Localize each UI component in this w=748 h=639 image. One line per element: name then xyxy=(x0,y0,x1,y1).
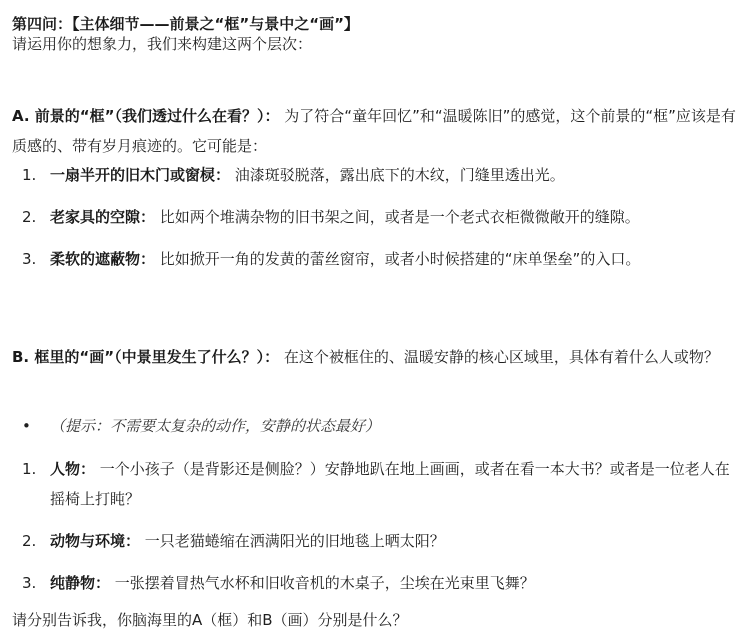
hint-text: （提示：不需要太复杂的动作，安静的状态最好） xyxy=(12,411,736,441)
section-b-paragraph: B. 框里的“画”（中景里发生了什么？）： 在这个被框住的、温暖安静的核心区域里… xyxy=(12,342,736,372)
section-a-paragraph: A. 前景的“框”（我们透过什么在看？）： 为了符合“童年回忆”和“温暖陈旧”的… xyxy=(12,101,736,161)
list-item-text: 比如掀开一角的发黄的蕾丝窗帘，或者小时候搭建的“床单堡垒”的入口。 xyxy=(155,250,640,268)
hint-bullet: • （提示：不需要太复杂的动作，安静的状态最好） xyxy=(12,411,736,441)
section-b-list: 1.人物： 一个小孩子（是背影还是侧脸？）安静地趴在地上画画，或者在看一本大书？… xyxy=(12,454,736,610)
list-item: 1.人物： 一个小孩子（是背影还是侧脸？）安静地趴在地上画画，或者在看一本大书？… xyxy=(12,454,736,514)
list-item-label: 老家具的空隙： xyxy=(50,208,155,226)
list-item-text: 一张摆着冒热气水杯和旧收音机的木桌子，尘埃在光束里飞舞？ xyxy=(110,574,535,592)
list-item-text: 比如两个堆满杂物的旧书架之间，或者是一个老式衣柜微微敞开的缝隙。 xyxy=(155,208,640,226)
list-item-text: 一只老猫蜷缩在洒满阳光的旧地毯上晒太阳？ xyxy=(140,532,445,550)
list-item: 2.老家具的空隙： 比如两个堆满杂物的旧书架之间，或者是一个老式衣柜微微敞开的缝… xyxy=(12,202,736,232)
list-number: 3. xyxy=(22,244,36,274)
final-question: 请分别告诉我，你脑海里的A（框）和B（画）分别是什么？ xyxy=(12,605,736,635)
list-item-text: 油漆斑驳脱落，露出底下的木纹，门缝里透出光。 xyxy=(230,166,565,184)
list-item-text: 一个小孩子（是背影还是侧脸？）安静地趴在地上画画，或者在看一本大书？或者是一位老… xyxy=(50,460,730,508)
list-item-label: 纯静物： xyxy=(50,574,110,592)
list-item: 3.柔软的遮蔽物： 比如掀开一角的发黄的蕾丝窗帘，或者小时候搭建的“床单堡垒”的… xyxy=(12,244,736,274)
list-item-label: 柔软的遮蔽物： xyxy=(50,250,155,268)
section-a-list: 1.一扇半开的旧木门或窗棂： 油漆斑驳脱落，露出底下的木纹，门缝里透出光。 2.… xyxy=(12,160,736,286)
list-item-label: 一扇半开的旧木门或窗棂： xyxy=(50,166,230,184)
list-number: 2. xyxy=(22,526,36,556)
list-item-label: 动物与环境： xyxy=(50,532,140,550)
list-number: 2. xyxy=(22,202,36,232)
list-number: 1. xyxy=(22,454,36,484)
section-a-heading: A. 前景的“框”（我们透过什么在看？）： xyxy=(12,107,280,125)
bullet-dot-icon: • xyxy=(22,411,31,441)
section-b-text: 在这个被框住的、温暖安静的核心区域里，具体有着什么人或物？ xyxy=(279,348,719,366)
list-item: 1.一扇半开的旧木门或窗棂： 油漆斑驳脱落，露出底下的木纹，门缝里透出光。 xyxy=(12,160,736,190)
section-b-heading: B. 框里的“画”（中景里发生了什么？）： xyxy=(12,348,279,366)
list-item: 3.纯静物： 一张摆着冒热气水杯和旧收音机的木桌子，尘埃在光束里飞舞？ xyxy=(12,568,736,598)
list-number: 3. xyxy=(22,568,36,598)
list-number: 1. xyxy=(22,160,36,190)
list-item-label: 人物： xyxy=(50,460,95,478)
list-item: 2.动物与环境： 一只老猫蜷缩在洒满阳光的旧地毯上晒太阳？ xyxy=(12,526,736,556)
intro-paragraph: 请运用你的想象力，我们来构建这两个层次： xyxy=(12,29,736,59)
